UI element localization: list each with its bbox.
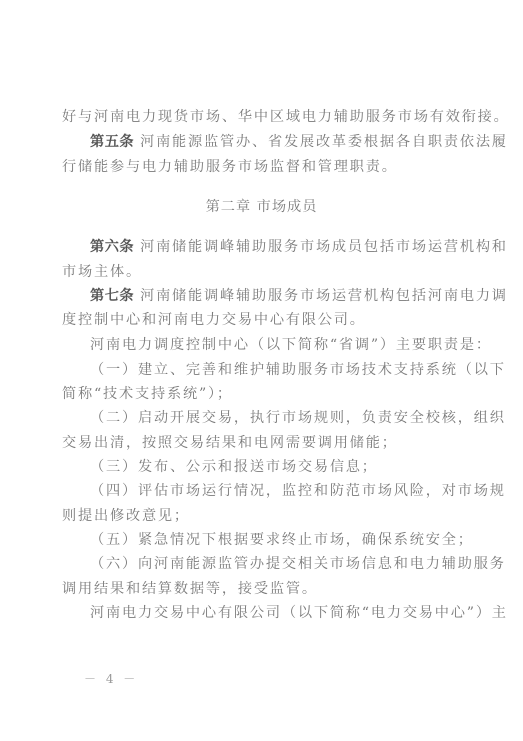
line-text: 河南储能调峰辅助服务市场运营机构包括河南电力调 xyxy=(140,288,508,304)
line-text: （三）发布、公示和报送市场交易信息； xyxy=(90,459,378,475)
text-line: 调用结果和结算数据等，接受监管。 xyxy=(62,579,452,599)
article-label: 第七条 xyxy=(90,288,134,304)
text-line: 第二章 市场成员 xyxy=(0,197,523,217)
line-text: 第二章 市场成员 xyxy=(206,199,318,215)
line-text: 河南电力调度控制中心（以下简称“省调”）主要职责是： xyxy=(90,337,492,353)
line-text: 交易出清，按照交易结果和电网需要调用储能； xyxy=(62,435,398,451)
text-line: 则提出修改意见； xyxy=(62,506,452,526)
line-text: 度控制中心和河南电力交易中心有限公司。 xyxy=(62,312,366,328)
text-line: 交易出清，按照交易结果和电网需要调用储能； xyxy=(62,433,452,453)
line-text: 简称“技术支持系统”）； xyxy=(62,386,233,402)
text-line: 好与河南电力现货市场、华中区域电力辅助服务市场有效衔接。 xyxy=(62,107,452,127)
text-line: 河南电力交易中心有限公司（以下简称“电力交易中心”）主 xyxy=(90,603,452,623)
page-number: － 4 － xyxy=(84,670,138,687)
line-text: 市场主体。 xyxy=(62,264,142,280)
text-line: 第七条河南储能调峰辅助服务市场运营机构包括河南电力调 xyxy=(90,286,452,306)
text-line: 河南电力调度控制中心（以下简称“省调”）主要职责是： xyxy=(90,335,452,355)
line-text: 调用结果和结算数据等，接受监管。 xyxy=(62,581,318,597)
line-text: 河南能源监管办、省发展改革委根据各自职责依法履 xyxy=(140,134,508,150)
text-line: 简称“技术支持系统”）； xyxy=(62,384,452,404)
text-line: （五）紧急情况下根据要求终止市场，确保系统安全； xyxy=(90,530,452,550)
text-line: （一）建立、完善和维护辅助服务市场技术支持系统（以下 xyxy=(90,360,452,380)
text-line: 第六条河南储能调峰辅助服务市场成员包括市场运营机构和 xyxy=(90,237,452,257)
text-line: （二）启动开展交易，执行市场规则，负责安全校核，组织 xyxy=(90,408,452,428)
line-text: （六）向河南能源监管办提交相关市场信息和电力辅助服务 xyxy=(90,556,506,572)
line-text: 河南电力交易中心有限公司（以下简称“电力交易中心”）主 xyxy=(90,605,508,621)
line-text: （二）启动开展交易，执行市场规则，负责安全校核，组织 xyxy=(90,410,506,426)
text-line: 第五条河南能源监管办、省发展改革委根据各自职责依法履 xyxy=(90,132,452,152)
line-text: （五）紧急情况下根据要求终止市场，确保系统安全； xyxy=(90,532,474,548)
text-line: （四）评估市场运行情况，监控和防范市场风险，对市场规 xyxy=(90,481,452,501)
text-line: 市场主体。 xyxy=(62,262,452,282)
line-text: 行储能参与电力辅助服务市场监督和管理职责。 xyxy=(62,159,398,175)
text-line: 行储能参与电力辅助服务市场监督和管理职责。 xyxy=(62,157,452,177)
line-text: 则提出修改意见； xyxy=(62,508,190,524)
text-line: （三）发布、公示和报送市场交易信息； xyxy=(90,457,452,477)
line-text: （四）评估市场运行情况，监控和防范市场风险，对市场规 xyxy=(90,483,506,499)
article-label: 第六条 xyxy=(90,239,134,255)
text-line: 度控制中心和河南电力交易中心有限公司。 xyxy=(62,310,452,330)
text-line: （六）向河南能源监管办提交相关市场信息和电力辅助服务 xyxy=(90,554,452,574)
article-label: 第五条 xyxy=(90,134,134,150)
line-text: 好与河南电力现货市场、华中区域电力辅助服务市场有效衔接。 xyxy=(62,109,510,125)
line-text: （一）建立、完善和维护辅助服务市场技术支持系统（以下 xyxy=(90,362,506,378)
line-text: 河南储能调峰辅助服务市场成员包括市场运营机构和 xyxy=(140,239,508,255)
